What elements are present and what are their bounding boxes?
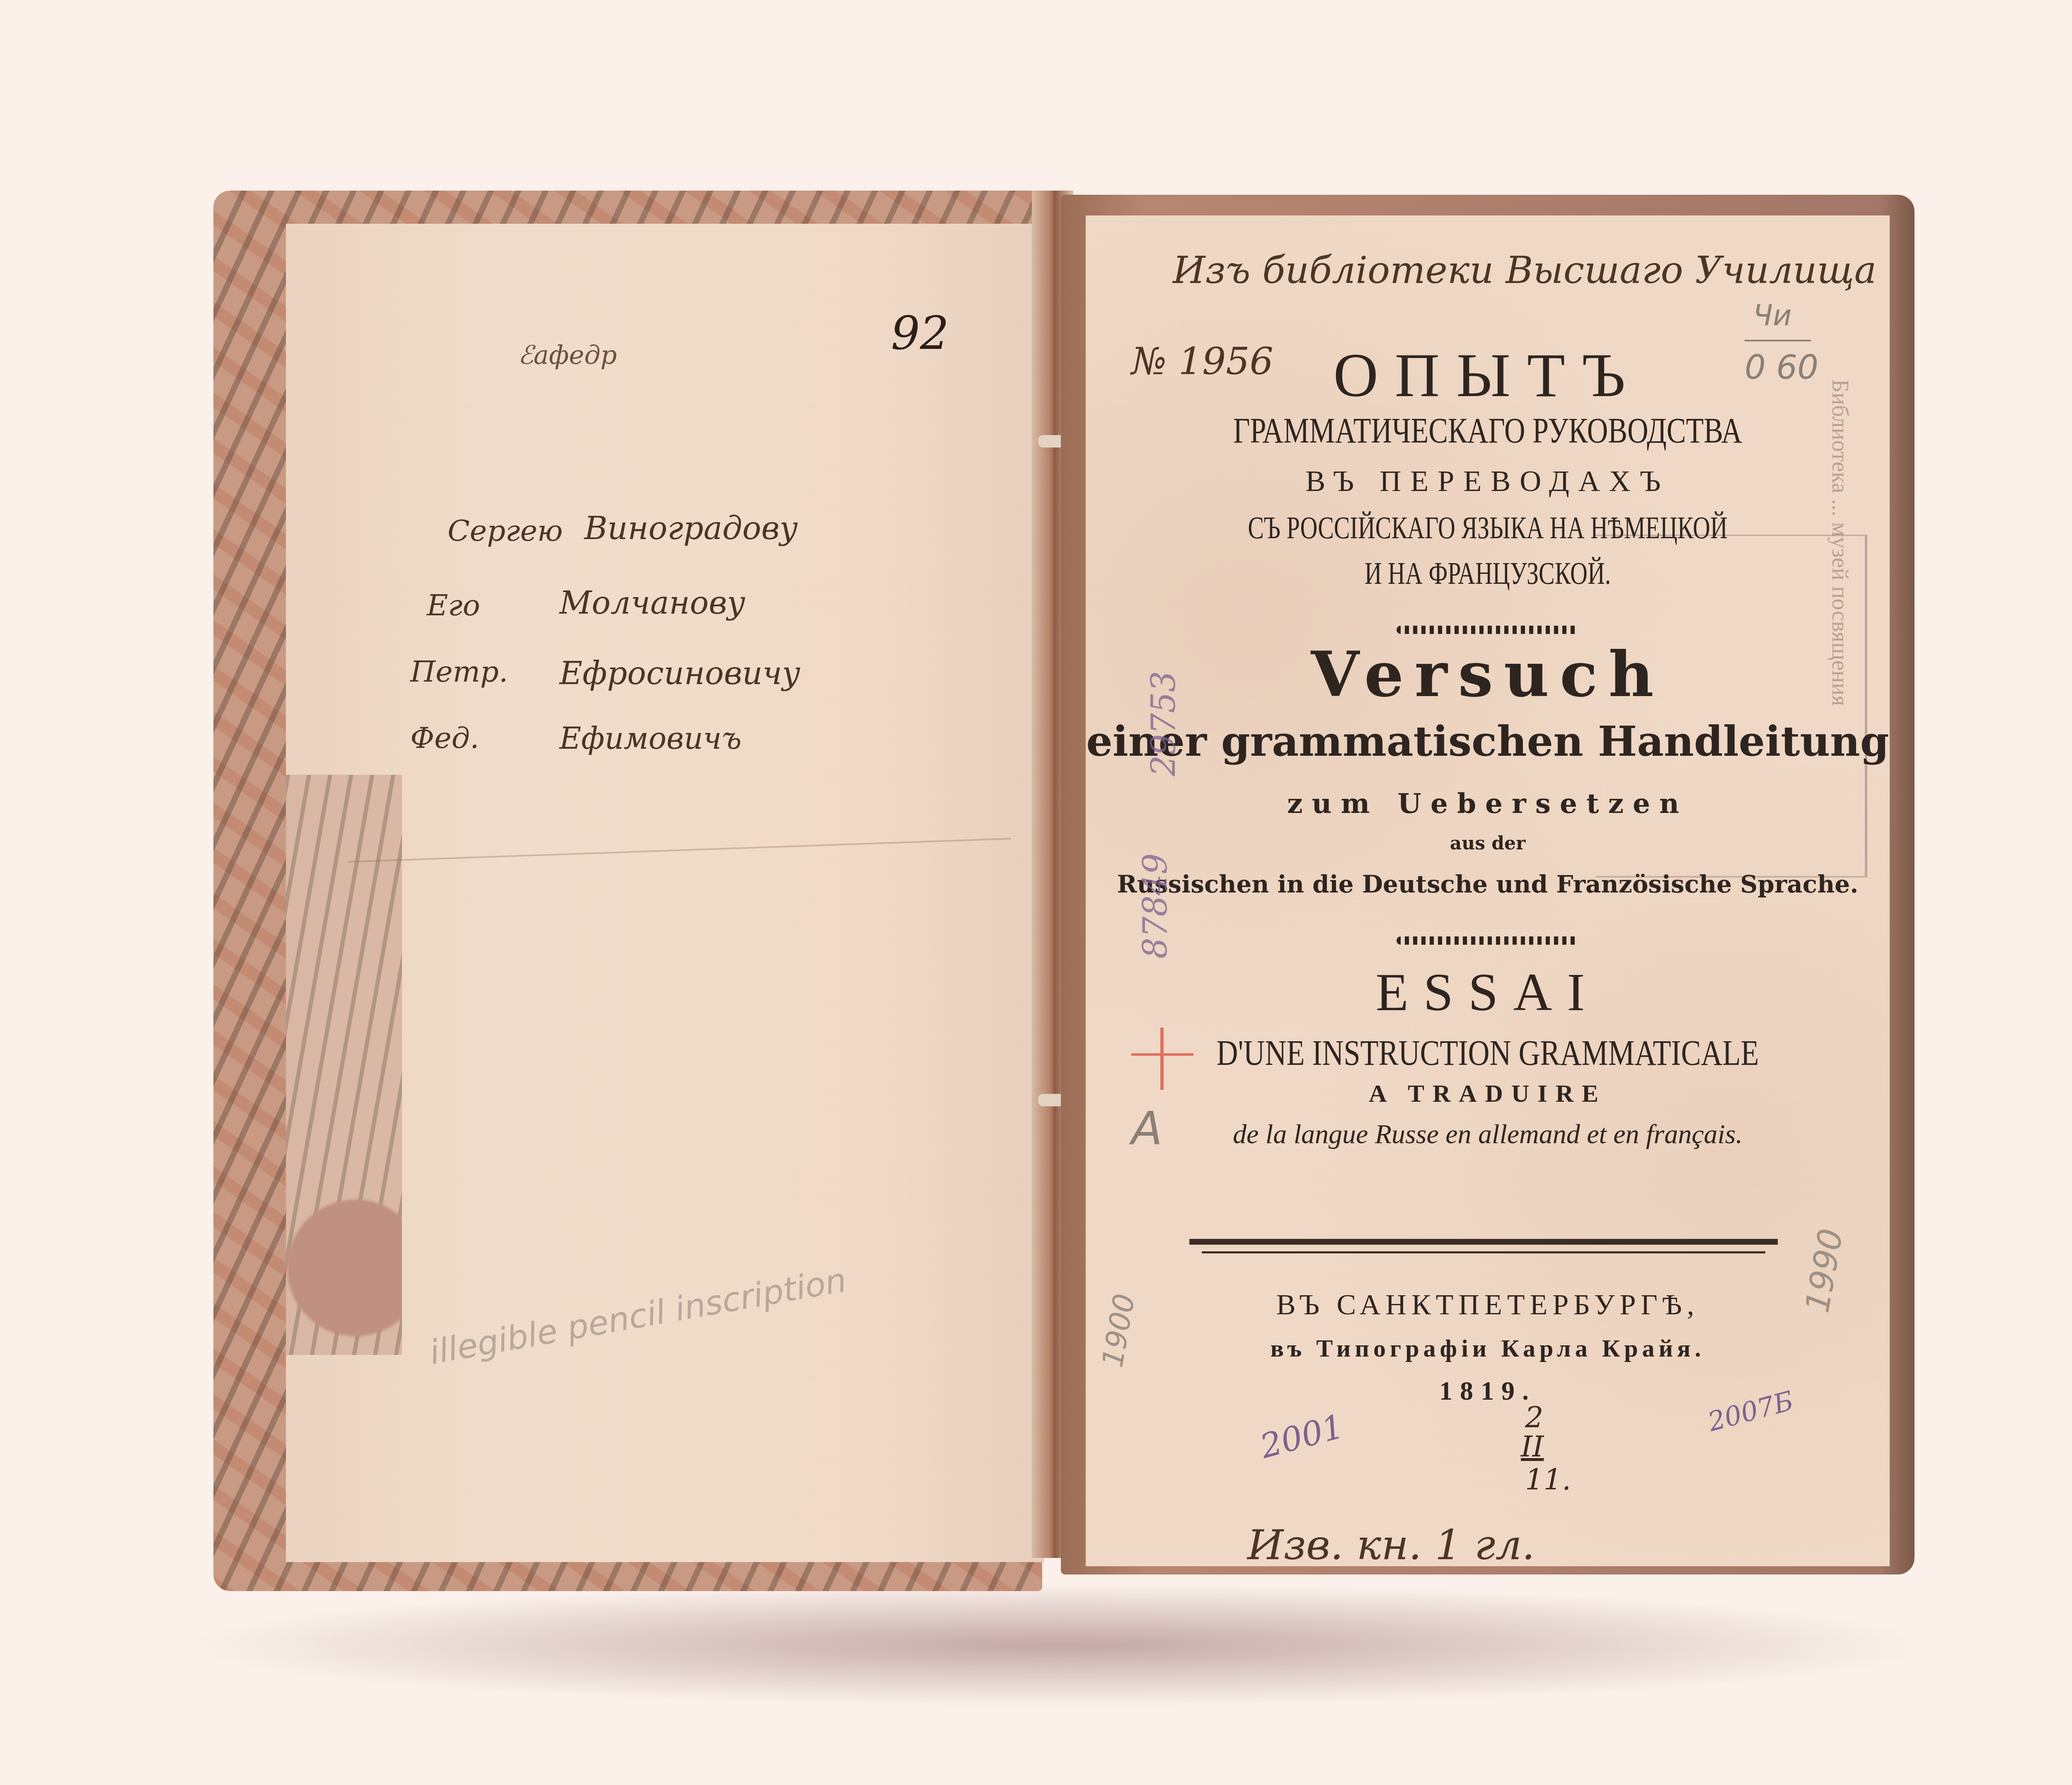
fraction-mid: II	[1521, 1429, 1544, 1463]
fraction-bottom: 11.	[1525, 1463, 1571, 1497]
name-3-last: Ефросиновичу	[559, 655, 800, 692]
book-shadow	[178, 1583, 1939, 1707]
de-title-line1: Versuch	[1086, 638, 1890, 711]
imprint-printer: въ Типографіи Карла Крайя.	[1086, 1334, 1890, 1363]
library-ownership-inscription: Изъ библіотеки Высшаго Училища	[1173, 249, 1876, 292]
ru-title-line3: ВЪ ПЕРЕВОДАХЪ	[1086, 464, 1890, 498]
shelf-number: 92	[891, 307, 949, 360]
left-flyleaf-page: ℰафедр 92 Сергею Виноградову Его Молчано…	[286, 224, 1044, 1562]
fr-title-line1: ESSAI	[1086, 961, 1890, 1023]
ornamental-rule-1	[1397, 626, 1579, 634]
torn-marbled-patch	[286, 775, 402, 1355]
margin-violet-number-top: 29753	[1144, 671, 1183, 776]
margin-violet-number-mid: 87849	[1136, 853, 1174, 959]
name-4-first: Фед.	[410, 721, 479, 755]
de-title-line5: Russischen in die Deutsche und Französis…	[1086, 870, 1890, 898]
de-title-line2: einer grammatischen Handleitung	[1086, 717, 1890, 766]
ru-title-line4: СЪ РОССІЙСКАГО ЯЗЫКА НА НѢМЕЦКОЙ	[1086, 510, 1890, 546]
ru-title-line2: ГРАММАТИЧЕСКАГО РУКОВОДСТВА	[1086, 410, 1890, 452]
top-handwritten-note: ℰафедр	[518, 340, 617, 370]
name-3-first: Петр.	[410, 655, 508, 689]
name-1-last: Виноградову	[584, 510, 798, 547]
margin-pencil-letter: A	[1131, 1102, 1162, 1155]
fr-title-line4: de la langue Russe en allemand et en fra…	[1086, 1119, 1890, 1150]
name-2-first: Его	[427, 588, 480, 622]
ru-title-line5: И НА ФРАНЦУЗСКОЙ.	[1086, 555, 1890, 591]
name-4-last: Ефимовичъ	[559, 721, 741, 756]
double-rule-thick	[1189, 1239, 1778, 1245]
fr-title-line2: D'UNE INSTRUCTION GRAMMATICALE	[1086, 1033, 1890, 1074]
lower-pencil-note: illegible pencil inscription	[427, 1260, 850, 1372]
red-pencil-cross	[1131, 1028, 1193, 1090]
violet-2001: 2001	[1256, 1407, 1348, 1466]
ornamental-rule-2	[1397, 936, 1579, 945]
imprint-city: ВЪ САНКТПЕТЕРБУРГѢ,	[1086, 1289, 1890, 1322]
name-2-last: Молчанову	[559, 584, 746, 621]
title-page: Изъ библіотеки Высшаго Училища № 1956 Чи…	[1086, 215, 1890, 1566]
double-rule-thin	[1202, 1251, 1765, 1253]
de-title-line3: zum Uebersetzen	[1086, 787, 1890, 820]
de-title-line4: aus der	[1086, 833, 1890, 854]
page-crease	[348, 838, 1011, 863]
bottom-handwritten-note: Изв. кн. 1 гл.	[1247, 1521, 1535, 1569]
name-1-first: Сергею	[448, 514, 563, 548]
corner-pencil-top: Чи	[1753, 298, 1791, 332]
ru-title-line1: ОПЫТЪ	[1086, 340, 1890, 411]
fr-title-line3: A TRADUIRE	[1086, 1079, 1890, 1108]
